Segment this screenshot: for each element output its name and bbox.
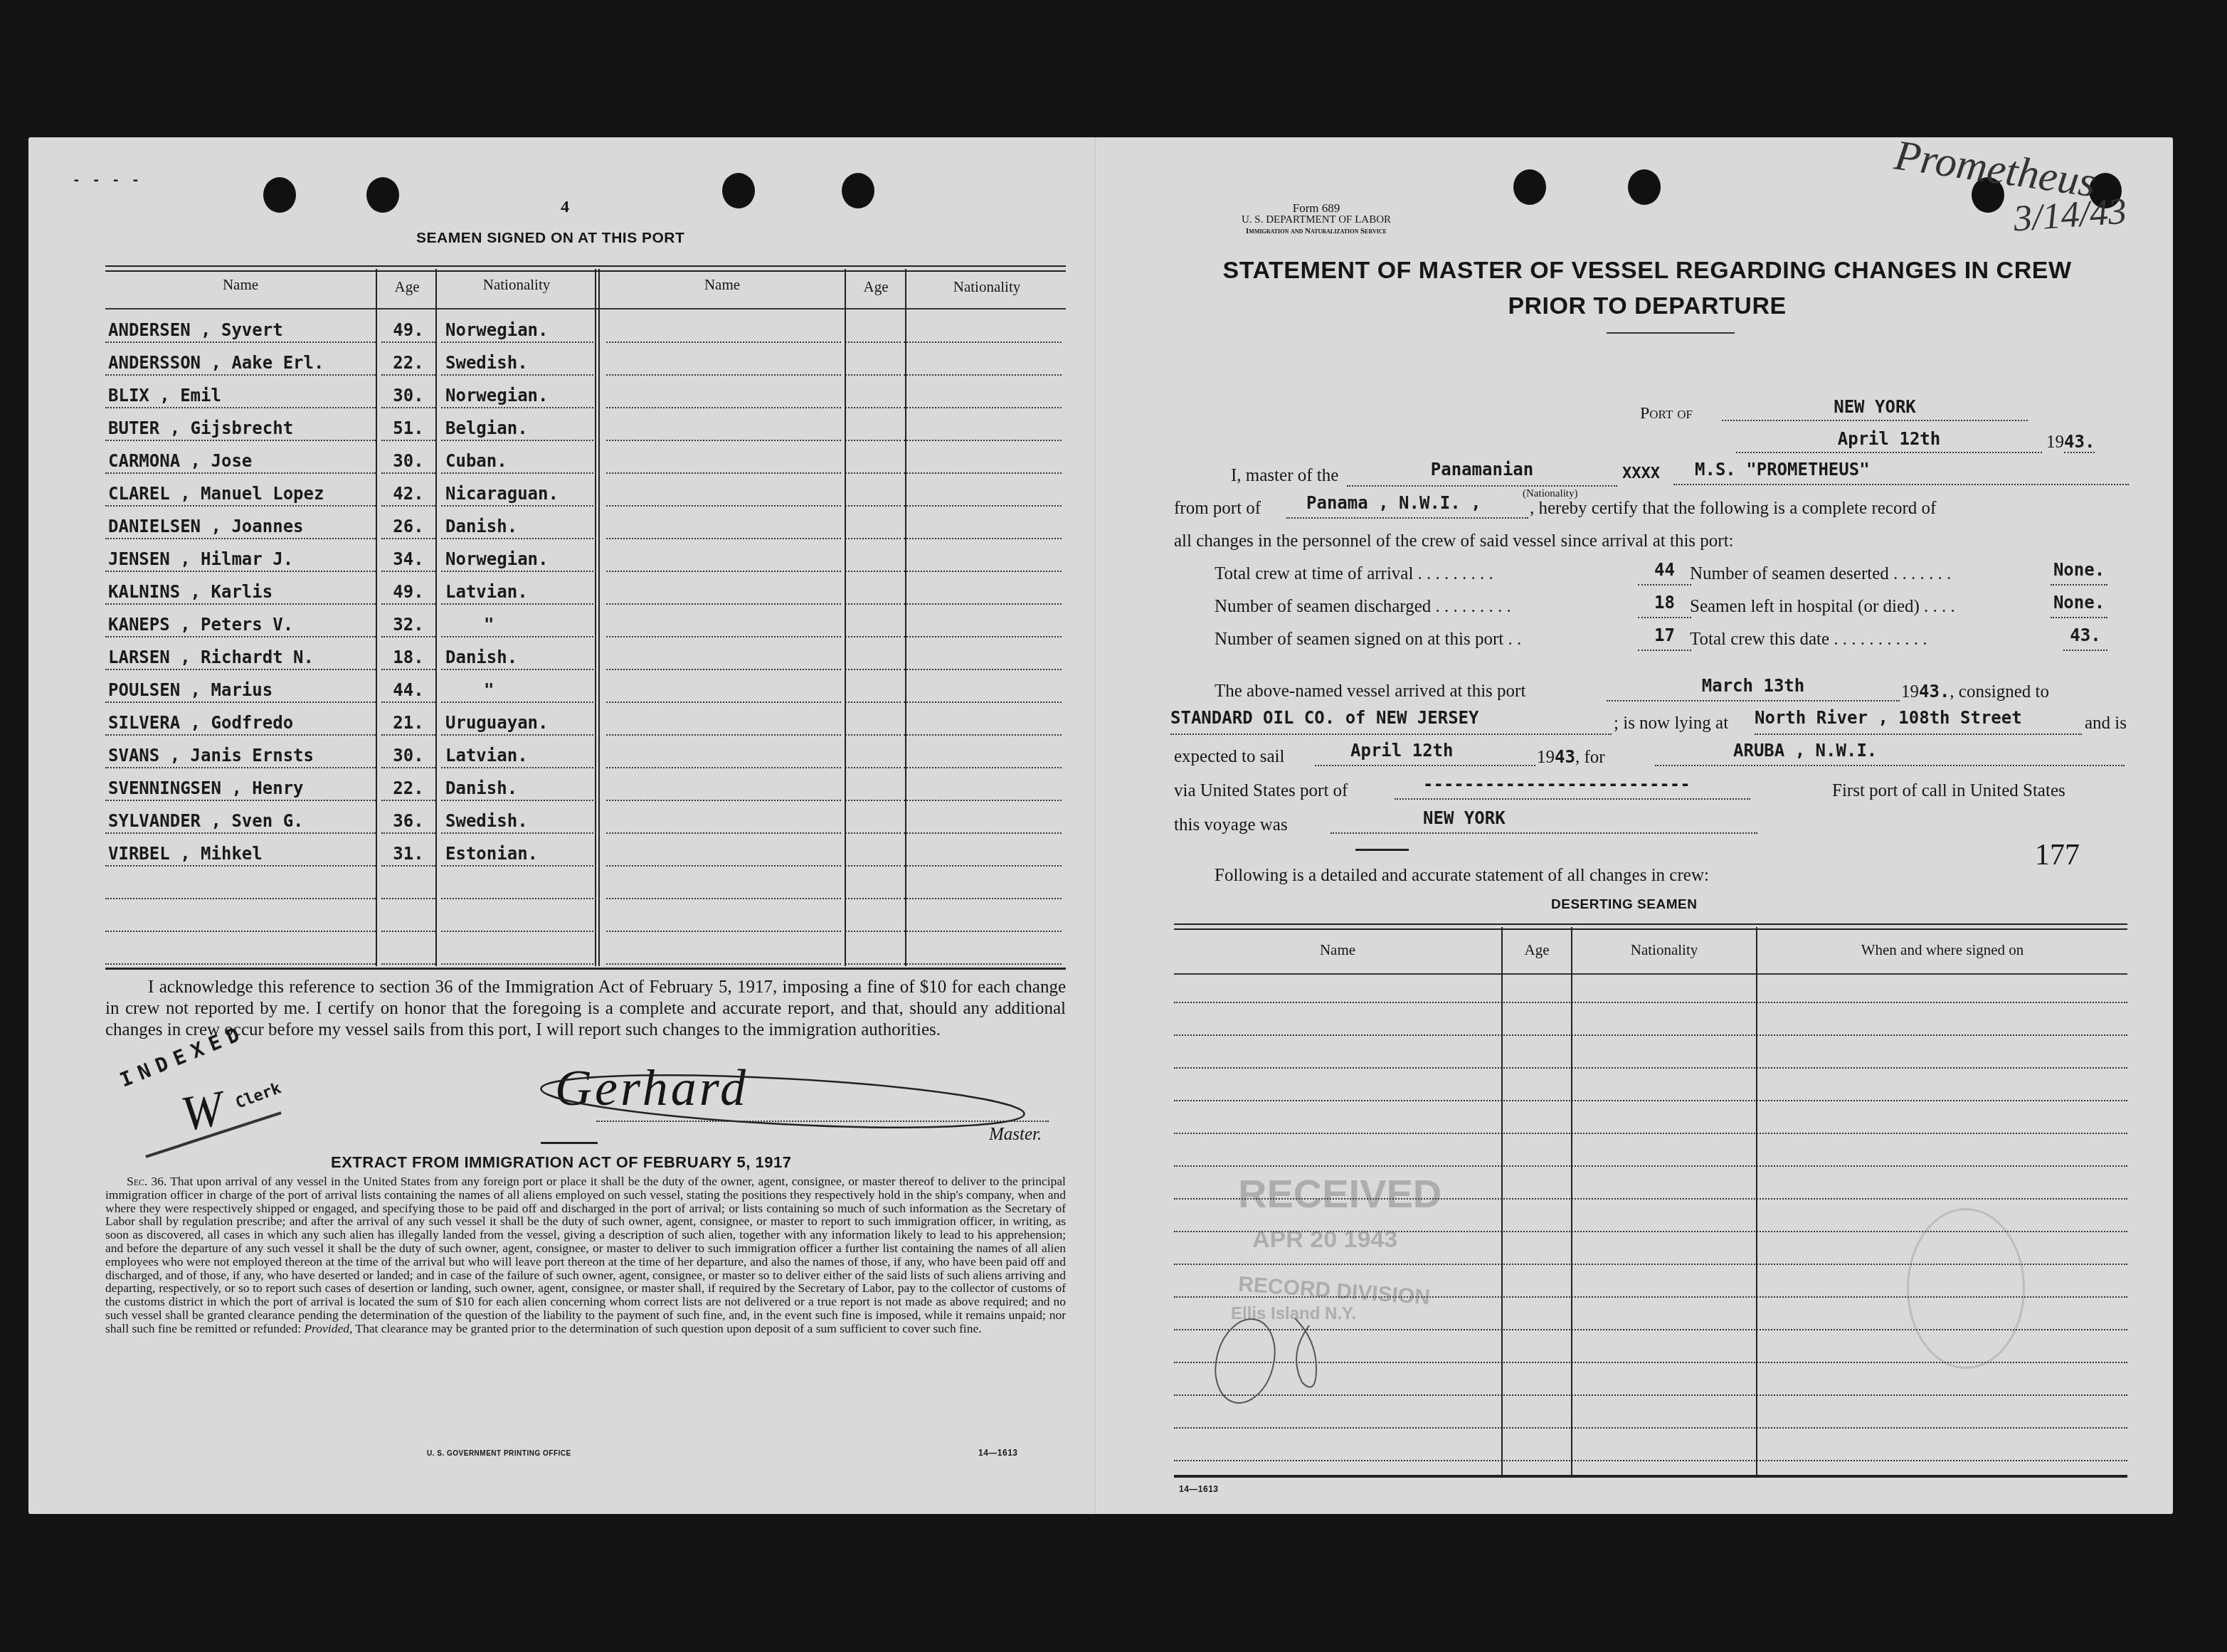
table-row: SYLVANDER , Sven G.36.Swedish. xyxy=(105,803,1066,835)
short-rule-right xyxy=(1355,849,1409,851)
master-label: Master. xyxy=(989,1125,1042,1145)
table-row-empty xyxy=(105,933,1066,966)
seaman-name: SVANS , Janis Ernsts xyxy=(105,737,376,768)
seaman-name: SVENNINGSEN , Henry xyxy=(105,770,376,801)
table-row: VIRBEL , Mihkel31.Estonian. xyxy=(105,835,1066,868)
seaman-name: CARMONA , Jose xyxy=(105,443,376,474)
table-row: ANDERSSON , Aake Erl.22.Swedish. xyxy=(105,344,1066,377)
seaman-nationality: Norwegian. xyxy=(441,312,596,343)
stat-hospital-value: None. xyxy=(2051,593,2107,618)
expected-date-field: April 12th xyxy=(1315,741,1535,766)
received-stamp: RECEIVED xyxy=(1238,1170,1442,1217)
table-row: JENSEN , Hilmar J.34.Norwegian. xyxy=(105,541,1066,573)
seaman-name: BUTER , Gijsbrecht xyxy=(105,410,376,441)
master-signature-line xyxy=(596,1121,1049,1122)
seaman-age: 49. xyxy=(381,573,435,605)
stat-label: Number of seamen signed on at this port … xyxy=(1215,630,1521,649)
table-row-empty xyxy=(1174,1165,2127,1167)
from-port-field: Panama , N.W.I. , xyxy=(1286,493,1528,519)
table-row-empty xyxy=(1174,1100,2127,1101)
stat-label: Seamen left in hospital (or died) . . . … xyxy=(1690,597,1955,616)
lying-label: ; is now lying at xyxy=(1614,714,1728,734)
destination-field: ARUBA , N.W.I. xyxy=(1655,741,2125,766)
printer-imprint: U. S. GOVERNMENT PRINTING OFFICE xyxy=(427,1450,571,1458)
handwritten-date-note: 3/14/43 xyxy=(2012,191,2128,240)
consignee-field: STANDARD OIL CO. of NEW JERSEY xyxy=(1170,708,1612,735)
seaman-nationality: Belgian. xyxy=(441,410,596,441)
signature-flourish xyxy=(519,1062,1046,1140)
stat-discharged: Number of seamen discharged . . . . . . … xyxy=(1215,597,1511,617)
deserting-header-rule xyxy=(1174,973,2127,975)
deserting-table-top-rule xyxy=(1174,923,2127,930)
form-title: STATEMENT OF MASTER OF VESSEL REGARDING … xyxy=(1167,253,2127,324)
seaman-nationality: " xyxy=(441,606,596,637)
deserting-col-age: Age xyxy=(1503,941,1571,959)
year-prefix: 19 xyxy=(2046,433,2064,452)
seaman-nationality: Danish. xyxy=(441,639,596,670)
seaman-name: ANDERSSON , Aake Erl. xyxy=(105,344,376,376)
divider xyxy=(1756,927,1757,1475)
and-is-label: and is xyxy=(2085,714,2127,734)
stat-total-date: Total crew this date . . . . . . . . . .… xyxy=(1690,630,1927,650)
voyage-field: NEW YORK xyxy=(1331,808,1757,834)
col-header-nationality-2: Nationality xyxy=(908,278,1066,296)
table-row: LARSEN , Richardt N.18.Danish. xyxy=(105,639,1066,672)
department-name: U. S. DEPARTMENT OF LABOR xyxy=(1231,214,1402,226)
year-prefix: 19 xyxy=(1901,682,1919,701)
table-row-empty xyxy=(1174,1034,2127,1036)
seaman-name: LARSEN , Richardt N. xyxy=(105,639,376,670)
table-row-empty xyxy=(1174,1067,2127,1069)
deserting-table-bottom-rule xyxy=(1174,1475,2127,1478)
seaman-nationality: Cuban. xyxy=(441,443,596,474)
table-row: KALNINS , Karlis49.Latvian. xyxy=(105,573,1066,606)
seaman-age: 22. xyxy=(381,770,435,801)
year-label: 1943. xyxy=(2046,432,2095,452)
seaman-age: 36. xyxy=(381,803,435,834)
stat-label: Number of seamen discharged . . . . . . … xyxy=(1215,597,1511,616)
received-stamp-date: APR 20 1943 xyxy=(1252,1226,1397,1254)
seaman-nationality: Estonian. xyxy=(441,835,596,867)
col-header-age: Age xyxy=(379,278,435,296)
col-header-name: Name xyxy=(105,276,376,294)
punch-hole xyxy=(366,177,399,213)
stat-total-arrival: Total crew at time of arrival . . . . . … xyxy=(1215,564,1493,584)
extract-provided: Provided, xyxy=(304,1321,352,1335)
table-row: SVENNINGSEN , Henry22.Danish. xyxy=(105,770,1066,803)
seaman-name: POULSEN , Marius xyxy=(105,672,376,703)
table-row-empty xyxy=(105,901,1066,933)
section-label: Sec. 36. xyxy=(127,1174,166,1188)
extract-text: Sec. 36. That upon arrival of any vessel… xyxy=(105,1175,1066,1335)
punch-hole xyxy=(1513,169,1546,205)
seaman-name: KALNINS , Karlis xyxy=(105,573,376,605)
seaman-name: KANEPS , Peters V. xyxy=(105,606,376,637)
seaman-age: 30. xyxy=(381,443,435,474)
expected-year: 43 xyxy=(1555,747,1575,767)
vessel-type-struck: XXXX xyxy=(1622,465,1660,482)
seaman-nationality: Nicaraguan. xyxy=(441,475,596,507)
stat-label: Total crew at time of arrival . . . . . … xyxy=(1215,564,1493,583)
form-number: Form 689 xyxy=(1231,203,1402,214)
seaman-nationality: Swedish. xyxy=(441,803,596,834)
deserting-title: DESERTING SEAMEN xyxy=(1551,897,1697,913)
seaman-nationality: Swedish. xyxy=(441,344,596,376)
form-code-right: 14—1613 xyxy=(1179,1484,1219,1494)
seaman-nationality: Danish. xyxy=(441,770,596,801)
form-code-left: 14—1613 xyxy=(978,1448,1018,1458)
seaman-name: DANIELSEN , Joannes xyxy=(105,508,376,539)
from-port-label: from port of xyxy=(1174,499,1261,519)
punch-hole xyxy=(722,173,755,208)
expected-year-label: 1943, for xyxy=(1537,747,1605,768)
arrived-year-label: 1943., consigned to xyxy=(1901,682,2049,702)
top-mark: - - - - xyxy=(73,173,142,188)
vessel-name-field: M.S. "PROMETHEUS" xyxy=(1673,460,2129,485)
arrived-year: 43. xyxy=(1919,682,1950,701)
form-title-line2: PRIOR TO DEPARTURE xyxy=(1167,288,2127,324)
seaman-age: 34. xyxy=(381,541,435,572)
seaman-age: 30. xyxy=(381,377,435,408)
deserting-col-when-where: When and where signed on xyxy=(1757,941,2127,959)
stat-signed-on-value: 17 xyxy=(1638,625,1691,651)
stat-label: Number of seamen deserted . . . . . . . xyxy=(1690,564,1951,583)
table-row: ANDERSEN , Syvert49.Norwegian. xyxy=(105,312,1066,344)
deserting-col-name: Name xyxy=(1174,941,1501,959)
via-label: via United States port of xyxy=(1174,781,1348,801)
seaman-age: 30. xyxy=(381,737,435,768)
table-row: POULSEN , Marius44." xyxy=(105,672,1066,704)
table-row-empty xyxy=(1174,1002,2127,1003)
stat-discharged-value: 18 xyxy=(1638,593,1691,618)
clerk-label: Clerk xyxy=(233,1079,284,1112)
seaman-name: ANDERSEN , Syvert xyxy=(105,312,376,343)
table-row: CARMONA , Jose30.Cuban. xyxy=(105,443,1066,475)
stat-hospital: Seamen left in hospital (or died) . . . … xyxy=(1690,597,1955,617)
seaman-age: 26. xyxy=(381,508,435,539)
seaman-name: CLAREL , Manuel Lopez xyxy=(105,475,376,507)
seaman-name: JENSEN , Hilmar J. xyxy=(105,541,376,572)
stat-total-arrival-value: 44 xyxy=(1638,560,1691,586)
seaman-age: 18. xyxy=(381,639,435,670)
seaman-age: 21. xyxy=(381,704,435,736)
seaman-nationality: Norwegian. xyxy=(441,541,596,572)
short-rule xyxy=(541,1142,598,1144)
expected-label: expected to sail xyxy=(1174,747,1285,767)
table-row: BUTER , Gijsbrecht51.Belgian. xyxy=(105,410,1066,443)
table-row: DANIELSEN , Joannes26.Danish. xyxy=(105,508,1066,541)
punch-hole xyxy=(263,177,296,213)
port-field: NEW YORK xyxy=(1722,397,2028,421)
page-fold xyxy=(1094,137,1096,1514)
handwritten-loop-mark xyxy=(1210,1311,1352,1411)
seaman-age: 51. xyxy=(381,410,435,441)
form-header: Form 689 U. S. DEPARTMENT OF LABOR Immig… xyxy=(1231,203,1402,237)
header-rule xyxy=(105,308,1066,309)
divider xyxy=(1571,927,1572,1475)
seaman-name: SILVERA , Godfredo xyxy=(105,704,376,736)
divider xyxy=(1501,927,1503,1475)
title-underline xyxy=(1607,332,1735,334)
deserting-col-nationality: Nationality xyxy=(1572,941,1756,959)
table-bottom-rule xyxy=(105,968,1066,970)
seaman-age: 44. xyxy=(381,672,435,703)
seaman-nationality: Norwegian. xyxy=(441,377,596,408)
certify-text: , hereby certify that the following is a… xyxy=(1530,499,1936,519)
seaman-name: SYLVANDER , Sven G. xyxy=(105,803,376,834)
seaman-nationality: Latvian. xyxy=(441,737,596,768)
table-row-empty xyxy=(1174,1427,2127,1429)
arrived-date-field: March 13th xyxy=(1607,676,1900,701)
punch-hole xyxy=(1628,169,1661,205)
stat-total-date-value: 43. xyxy=(2063,625,2107,651)
seaman-name: VIRBEL , Mihkel xyxy=(105,835,376,867)
seaman-age: 49. xyxy=(381,312,435,343)
table-top-rule xyxy=(105,265,1066,272)
form-title-line1: STATEMENT OF MASTER OF VESSEL REGARDING … xyxy=(1167,253,2127,288)
seaman-nationality: Uruguayan. xyxy=(441,704,596,736)
table-row-empty xyxy=(1174,1133,2127,1134)
stat-deserted-value: None. xyxy=(2051,560,2107,586)
table-row: BLIX , Emil30.Norwegian. xyxy=(105,377,1066,410)
lying-field: North River , 108th Street xyxy=(1755,708,2082,735)
via-field: -------------------------- xyxy=(1395,774,1750,800)
seaman-nationality: Latvian. xyxy=(441,573,596,605)
year-prefix: 19 xyxy=(1537,748,1555,767)
document-page: - - - - 4 SEAMEN SIGNED ON AT THIS PORT … xyxy=(28,137,2173,1514)
section-title: SEAMEN SIGNED ON AT THIS PORT xyxy=(416,230,684,247)
stat-signed-on: Number of seamen signed on at this port … xyxy=(1215,630,1521,650)
acknowledgment-text: I acknowledge this reference to section … xyxy=(105,977,1066,1041)
table-row: CLAREL , Manuel Lopez42.Nicaraguan. xyxy=(105,475,1066,508)
certify-text-2: all changes in the personnel of the crew… xyxy=(1174,531,1734,551)
service-name: Immigration and Naturalization Service xyxy=(1231,226,1402,237)
nationality-field: Panamanian xyxy=(1347,460,1617,487)
table-row: KANEPS , Peters V.32." xyxy=(105,606,1066,639)
table-row: SILVERA , Godfredo21.Uruguayan. xyxy=(105,704,1066,737)
consigned-label: , consigned to xyxy=(1950,682,2049,701)
table-row-empty xyxy=(105,868,1066,901)
punch-hole xyxy=(842,173,874,208)
extract-body: That upon arrival of any vessel in the U… xyxy=(105,1174,1066,1335)
seaman-age: 31. xyxy=(381,835,435,867)
following-label: Following is a detailed and accurate sta… xyxy=(1215,866,1709,886)
seaman-age: 42. xyxy=(381,475,435,507)
year-value: 43. xyxy=(2064,432,2095,453)
seaman-name: BLIX , Emil xyxy=(105,377,376,408)
stat-deserted: Number of seamen deserted . . . . . . . xyxy=(1690,564,1951,584)
round-seal-stamp xyxy=(1907,1208,2025,1369)
seaman-age: 32. xyxy=(381,606,435,637)
extract-title: EXTRACT FROM IMMIGRATION ACT OF FEBRUARY… xyxy=(331,1153,791,1172)
master-of-label: I, master of the xyxy=(1231,466,1338,486)
date-field: April 12th xyxy=(1736,429,2042,453)
first-call-label: First port of call in United States xyxy=(1832,781,2065,801)
page-number: 4 xyxy=(561,198,569,217)
table-row-empty xyxy=(1174,1460,2127,1461)
extract-body-end: That clearance may be granted prior to t… xyxy=(355,1321,981,1335)
col-header-age-2: Age xyxy=(847,278,905,296)
seaman-nationality: Danish. xyxy=(441,508,596,539)
seaman-nationality: " xyxy=(441,672,596,703)
arrived-label: The above-named vessel arrived at this p… xyxy=(1215,682,1525,701)
for-label: , for xyxy=(1575,748,1605,767)
table-row: SVANS , Janis Ernsts30.Latvian. xyxy=(105,737,1066,770)
col-header-name-2: Name xyxy=(601,276,843,294)
seaman-age: 22. xyxy=(381,344,435,376)
stat-label: Total crew this date . . . . . . . . . .… xyxy=(1690,630,1927,649)
file-number: 177 xyxy=(2035,838,2080,872)
col-header-nationality: Nationality xyxy=(438,276,595,294)
port-label: Port of xyxy=(1640,404,1693,423)
voyage-label: this voyage was xyxy=(1174,815,1288,835)
